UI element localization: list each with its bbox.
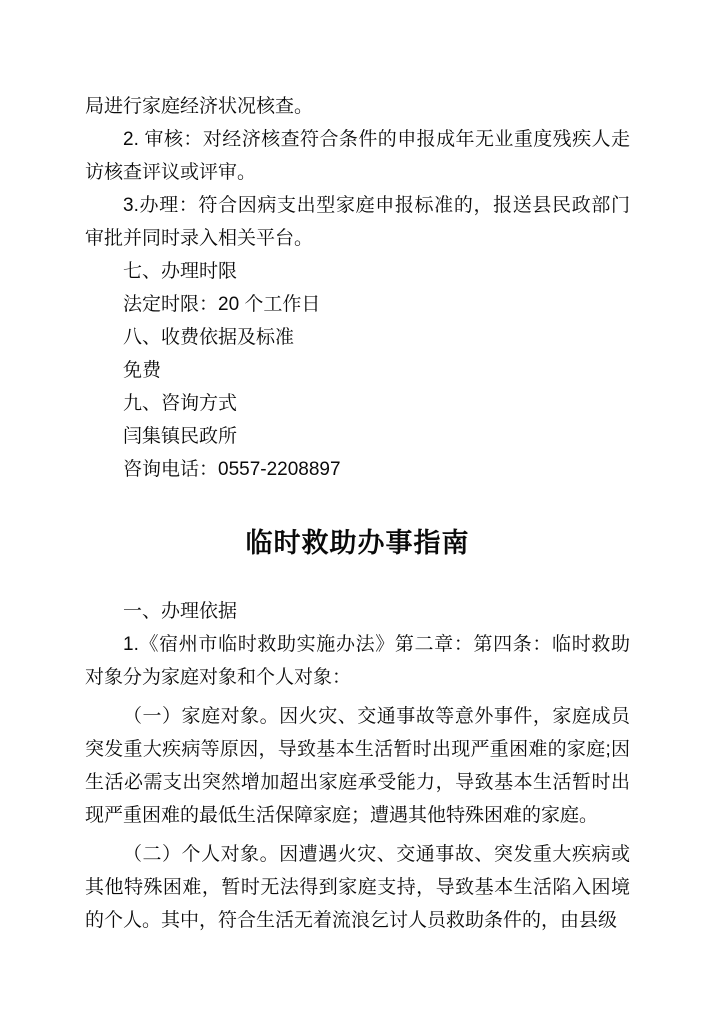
para-free-of-charge: 免费 [85,354,630,387]
para-legal-basis: 1.《宿州市临时救助实施办法》第二章：第四条：临时救助对象分为家庭对象和个人对象… [85,628,630,694]
heading-8-fee-basis: 八、收费依据及标准 [85,321,630,354]
para-step2-review: 2. 审核：对经济核查符合条件的申报成年无业重度残疾人走访核查评议或评审。 [85,123,630,189]
heading-7-time-limit: 七、办理时限 [85,255,630,288]
heading-9-contact-method: 九、咨询方式 [85,387,630,420]
para-family-economic-check: 局进行家庭经济状况核查。 [85,90,630,123]
para-phone-number: 咨询电话：0557-2208897 [85,453,630,486]
para-legal-time-limit: 法定时限：20 个工作日 [85,288,630,321]
para-civil-affairs-office: 闫集镇民政所 [85,420,630,453]
heading-1-legal-basis: 一、办理依据 [85,595,630,628]
document-page: 局进行家庭经济状况核查。 2. 审核：对经济核查符合条件的申报成年无业重度残疾人… [0,0,715,1011]
document-title: 临时救助办事指南 [85,521,630,565]
para-family-targets: （一）家庭对象。因火灾、交通事故等意外事件，家庭成员突发重大疾病等原因，导致基本… [85,700,630,832]
para-step3-process: 3.办理：符合因病支出型家庭申报标准的，报送县民政部门审批并同时录入相关平台。 [85,189,630,255]
para-individual-targets: （二）个人对象。因遭遇火灾、交通事故、突发重大疾病或其他特殊困难，暂时无法得到家… [85,838,630,937]
